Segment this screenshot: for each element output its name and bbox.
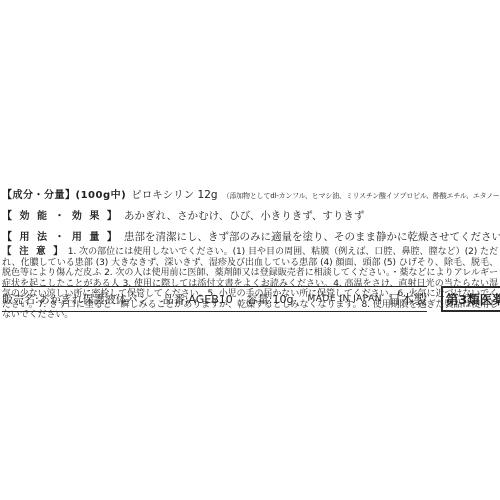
product-label: 【成分・分量】(100g中) ピロキシリン 12g （添加物としてdl-カンフル… (0, 0, 500, 500)
volume: 容量:10g (247, 291, 294, 307)
footer-product-info: 販売名:あかぎれ保護液体バン 品番:AGEB10 容量:10g MADE IN … (2, 286, 427, 312)
drug-class-badge: 第3類医薬品 (441, 286, 500, 312)
ingredients-substance: ピロキシリン 12g (131, 189, 217, 201)
effects-text: あかぎれ、さかむけ、ひび、小きりきず、すりきず (124, 210, 364, 222)
cautions-heading: 【 注 意 】 (2, 246, 65, 257)
ingredients-heading: 【成分・分量】 (2, 190, 76, 201)
footer-row: 販売名:あかぎれ保護液体バン 品番:AGEB10 容量:10g MADE IN … (2, 286, 498, 312)
drug-class-badge-text: 第3類医薬品 (446, 290, 500, 308)
made-in-japan-jp-text: 日本製 (388, 289, 427, 308)
effects-line: 【 効 能 ・ 効 果 】 あかぎれ、さかむけ、ひび、小きりきず、すりきず (2, 204, 498, 223)
made-in-japan-text: MADE IN JAPAN (307, 294, 382, 304)
usage-heading: 【 用 法 ・ 用 量 】 (2, 232, 119, 243)
ingredients-additives: （添加物としてdl-カンフル、ヒマシ油、ミリスチン酸イソプロピル、酢酸エチル、エ… (223, 192, 500, 200)
ingredients-base: (100g中) (76, 190, 127, 201)
product-name: 販売名:あかぎれ保護液体バン (2, 291, 149, 307)
usage-line: 【 用 法 ・ 用 量 】 患部を清潔にし、きず部のみに適量を塗り、そのまま静か… (2, 225, 498, 244)
ingredients-line: 【成分・分量】(100g中) ピロキシリン 12g （添加物としてdl-カンフル… (2, 183, 498, 202)
usage-text: 患部を清潔にし、きず部のみに適量を塗り、そのまま静かに乾燥させてください。 (124, 231, 500, 243)
part-number: 品番:AGEB10 (163, 291, 233, 307)
effects-heading: 【 効 能 ・ 効 果 】 (2, 211, 119, 222)
